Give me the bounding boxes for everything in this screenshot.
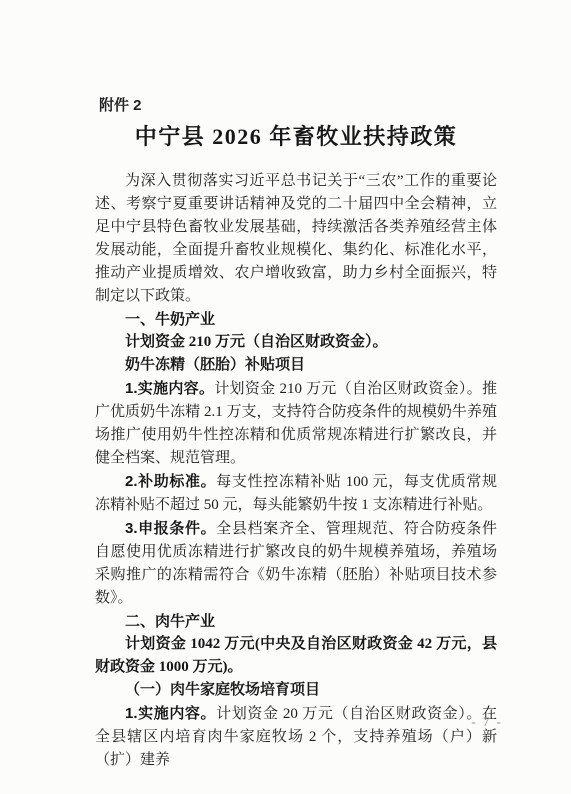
- item-application-conditions: 3.申报条件。全县档案齐全、管理规范、符合防疫条件自愿使用优质冻精进行扩繁改良的…: [95, 517, 497, 610]
- page-number: - 7 -: [471, 714, 503, 730]
- item-lead: 1.实施内容。: [125, 380, 214, 397]
- intro-paragraph: 为深入贯彻落实习近平总书记关于“三农”工作的重要论述、考察宁夏重要讲话精神及党的…: [95, 170, 497, 308]
- fund-line-milk: 计划资金 210 万元（自治区财政资金）。: [95, 331, 497, 354]
- attachment-label: 附件 2: [99, 96, 497, 116]
- document-title: 中宁县 2026 年畜牧业扶持政策: [95, 122, 497, 152]
- item-lead: 3.申报条件。: [125, 520, 216, 537]
- document-content: 附件 2 中宁县 2026 年畜牧业扶持政策 为深入贯彻落实习近平总书记关于“三…: [0, 0, 571, 794]
- fund-line-beef: 计划资金 1042 万元(中央及自治区财政资金 42 万元，县财政资金 1000…: [95, 633, 497, 679]
- item-subsidy-standard: 2.补助标准。每支性控冻精补贴 100 元，每支优质常规冻精补贴不超过 50 元…: [95, 470, 497, 517]
- section-heading-milk-industry: 一、牛奶产业: [95, 308, 497, 331]
- project-heading-frozen-semen-subsidy: 奶牛冻精（胚胎）补贴项目: [95, 354, 497, 377]
- document-page: 附件 2 中宁县 2026 年畜牧业扶持政策 为深入贯彻落实习近平总书记关于“三…: [0, 0, 571, 794]
- project-heading-family-ranch: （一）肉牛家庭牧场培育项目: [95, 679, 497, 702]
- item-implementation-beef: 1.实施内容。计划资金 20 万元（自治区财政资金）。在全县辖区内培育肉牛家庭牧…: [95, 702, 497, 772]
- item-lead: 1.实施内容。: [125, 705, 216, 722]
- item-lead: 2.补助标准。: [125, 473, 216, 490]
- section-heading-beef-industry: 二、肉牛产业: [95, 610, 497, 633]
- item-implementation-milk: 1.实施内容。计划资金 210 万元（自治区财政资金）。推广优质奶牛冻精 2.1…: [95, 377, 497, 470]
